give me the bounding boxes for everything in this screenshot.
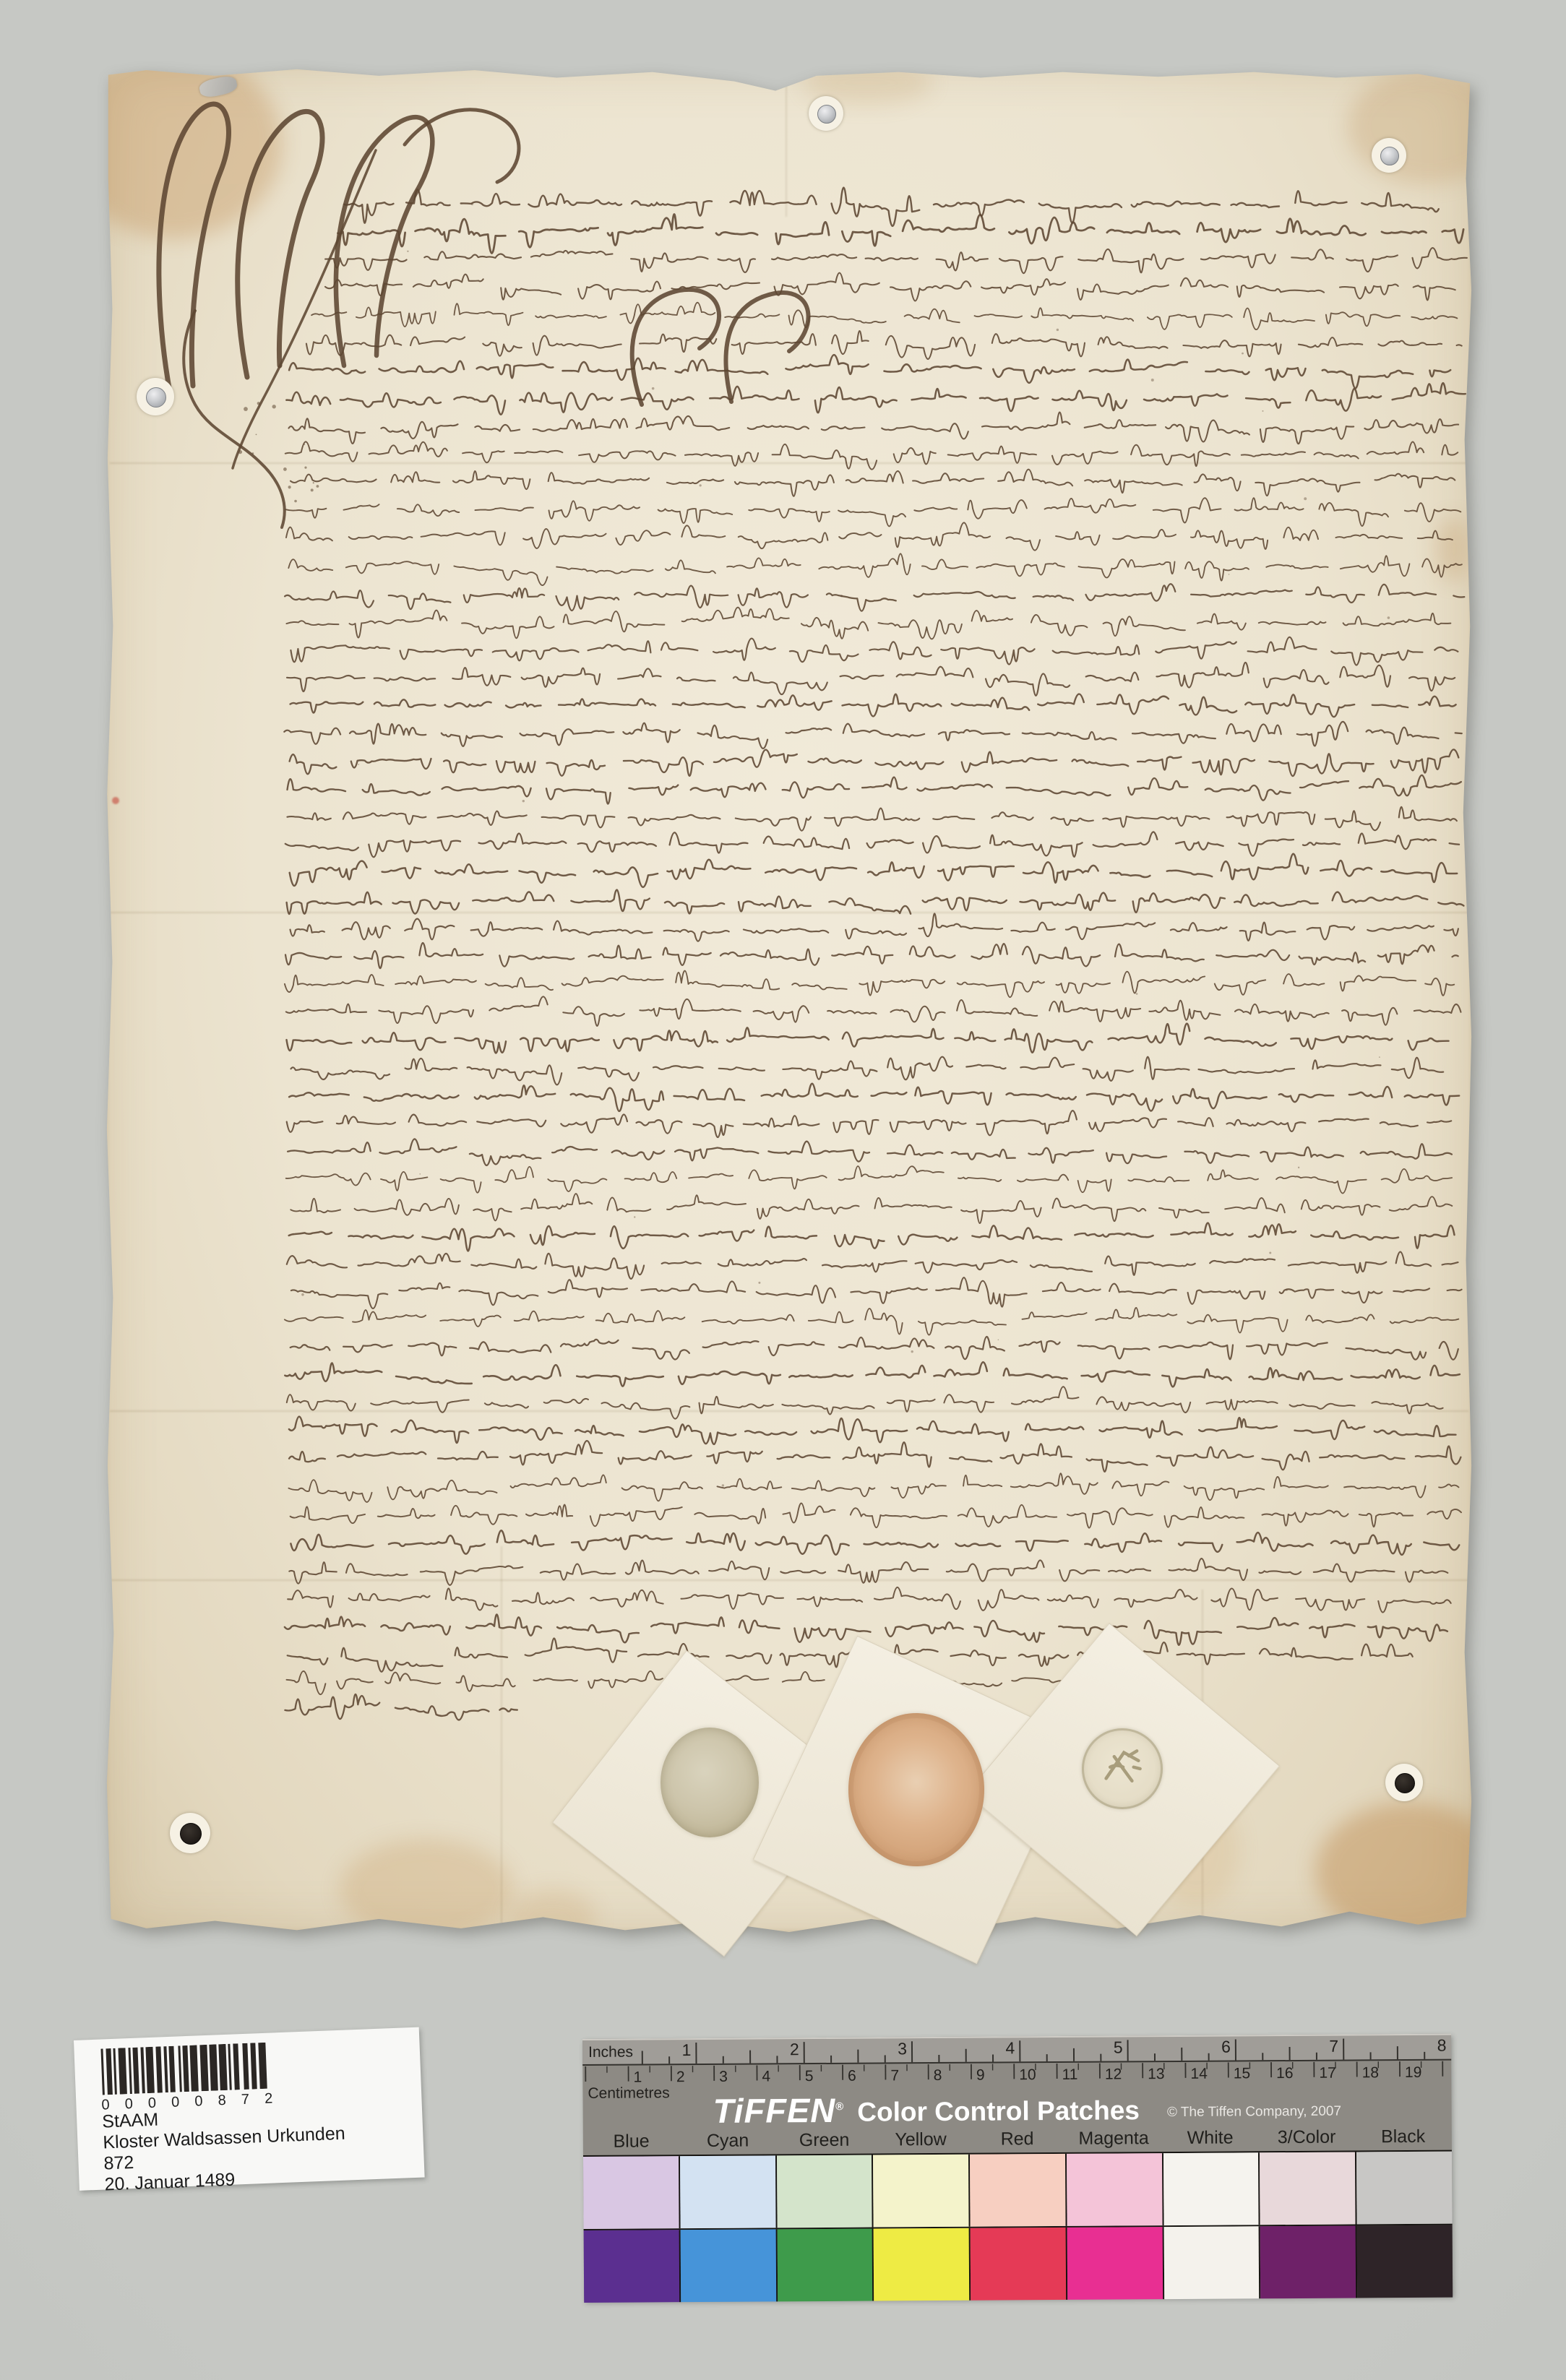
fold-crease-horizontal — [110, 1410, 1468, 1412]
wax-seal-tan — [848, 1713, 984, 1866]
cm-number: 4 — [762, 2068, 770, 2084]
cm-number: 3 — [719, 2069, 728, 2085]
barcode-bar — [242, 2043, 249, 2090]
barcode-bar — [140, 2047, 145, 2093]
color-patch-pastel-cyan — [680, 2155, 777, 2228]
grommet-metal — [146, 387, 166, 408]
inch-number: 5 — [1114, 2038, 1123, 2056]
cm-number: 12 — [1105, 2066, 1122, 2082]
tiffen-logo-row: TiFFEN® Color Control Patches © The Tiff… — [713, 2088, 1341, 2128]
parchment-charter — [106, 66, 1473, 1932]
tiffen-logo: TiFFEN® — [713, 2093, 844, 2128]
patch-name-label: Magenta — [1065, 2128, 1162, 2150]
grommet-metal — [1395, 1773, 1415, 1793]
cm-number: 2 — [676, 2069, 685, 2085]
label-document-number: 872 — [103, 2152, 134, 2175]
barcode-bar — [209, 2044, 218, 2090]
cm-number: 15 — [1234, 2065, 1250, 2082]
barcode-bar — [106, 2048, 112, 2095]
barcode-bar — [233, 2043, 239, 2090]
barcode-bar — [182, 2045, 189, 2092]
inches-label: Inches — [588, 2044, 633, 2061]
seal-monogram-icon — [1082, 1728, 1163, 1809]
color-patch-saturated-red — [971, 2228, 1067, 2301]
barcode-bar — [132, 2048, 139, 2094]
cm-number: 16 — [1276, 2065, 1293, 2082]
wax-seal-grey — [661, 1728, 759, 1837]
color-patch-saturated-cyan — [680, 2229, 777, 2302]
stain — [65, 51, 282, 238]
patch-name-label: White — [1162, 2127, 1259, 2149]
fold-crease-horizontal — [110, 462, 1468, 464]
color-control-strip: Inches1234567812345678910111213141516171… — [582, 2034, 1453, 2301]
barcode-digit: 0 — [194, 2093, 203, 2110]
label-document-date: 20. Januar 1489 — [104, 2170, 236, 2196]
inch-number: 4 — [1005, 2038, 1015, 2057]
barcode-bar — [100, 2048, 104, 2095]
grommet-metal — [1380, 147, 1399, 165]
cm-number: 7 — [890, 2067, 899, 2084]
color-patch-saturated-blue — [584, 2230, 681, 2303]
mounting-grommet — [809, 96, 843, 131]
cm-number: 19 — [1405, 2064, 1421, 2081]
color-patch-pastel-white — [1163, 2152, 1260, 2225]
barcode-digit: 0 — [171, 2094, 180, 2110]
color-patch-pastel-3-color — [1260, 2152, 1356, 2225]
patch-row-pastel — [583, 2150, 1453, 2229]
label-archive-name: StAAM — [102, 2110, 159, 2133]
barcode-bar — [113, 2048, 116, 2095]
barcode — [99, 2043, 272, 2095]
barcode-bar — [145, 2047, 154, 2093]
cm-number: 14 — [1190, 2066, 1208, 2082]
barcode-bar — [128, 2048, 132, 2094]
stain — [340, 1839, 513, 1940]
color-patch-pastel-red — [970, 2154, 1067, 2227]
color-patch-pastel-blue — [583, 2156, 680, 2229]
mounting-grommet — [170, 1813, 210, 1853]
color-patch-saturated-3-color — [1260, 2225, 1357, 2298]
barcode-digit: 8 — [218, 2092, 226, 2109]
stain — [112, 797, 119, 804]
patch-name-label: Red — [969, 2129, 1066, 2150]
fold-crease-vertical — [501, 1546, 502, 1928]
wax-seal-pale — [1082, 1728, 1163, 1809]
inch-number: 6 — [1221, 2038, 1231, 2056]
barcode-digit: 7 — [241, 2092, 249, 2108]
barcode-bar — [228, 2044, 231, 2090]
patch-grid — [583, 2150, 1453, 2301]
color-patch-saturated-white — [1163, 2226, 1260, 2299]
color-patch-saturated-yellow — [874, 2228, 971, 2301]
strip-title: Color Control Patches — [857, 2097, 1140, 2126]
cm-number: 11 — [1062, 2066, 1078, 2083]
archive-label: 00000872 StAAM Kloster Waldsassen Urkund… — [74, 2027, 425, 2191]
patch-name-label: Green — [776, 2130, 873, 2152]
cm-number: 8 — [934, 2067, 942, 2084]
mounting-grommet — [137, 378, 174, 415]
stain — [1315, 1803, 1503, 1940]
inch-number: 8 — [1437, 2036, 1447, 2055]
barcode-bar — [163, 2046, 168, 2092]
patch-names-row: BlueCyanGreenYellowRedMagentaWhite3/Colo… — [583, 2126, 1452, 2152]
grommet-metal — [180, 1823, 202, 1845]
barcode-bar — [218, 2044, 227, 2090]
patch-name-label: Yellow — [872, 2129, 969, 2151]
inch-number: 3 — [898, 2039, 907, 2058]
barcode-digit: 2 — [264, 2091, 273, 2108]
scan-canvas: 00000872 StAAM Kloster Waldsassen Urkund… — [0, 0, 1566, 2380]
barcode-bar — [168, 2046, 175, 2092]
fold-crease-horizontal — [110, 1579, 1468, 1581]
inch-number: 1 — [682, 2040, 692, 2059]
mounting-grommet — [1372, 138, 1406, 173]
color-patch-saturated-black — [1357, 2225, 1453, 2298]
fold-crease-horizontal — [110, 912, 1468, 913]
mounting-grommet — [1385, 1764, 1423, 1801]
stain — [509, 1889, 596, 1947]
color-patch-pastel-black — [1356, 2152, 1452, 2225]
barcode-bar — [118, 2048, 126, 2094]
color-patch-saturated-green — [777, 2229, 874, 2302]
registered-mark-icon: ® — [835, 2100, 844, 2113]
stain — [1436, 517, 1472, 582]
color-patch-pastel-green — [777, 2155, 874, 2228]
barcode-bar — [250, 2043, 257, 2089]
barcode-bar — [178, 2045, 181, 2092]
cm-number: 9 — [976, 2067, 985, 2084]
fold-crease-vertical — [786, 69, 787, 217]
grommet-metal — [817, 105, 836, 124]
cm-number: 18 — [1362, 2064, 1379, 2081]
patch-name-label: Blue — [583, 2131, 680, 2152]
cm-number: 17 — [1319, 2065, 1335, 2082]
cm-number: 13 — [1148, 2066, 1164, 2082]
parchment-sheet — [106, 66, 1473, 1932]
centimetres-label: Centimetres — [588, 2084, 669, 2103]
barcode-bar — [189, 2045, 198, 2091]
color-patch-pastel-yellow — [873, 2155, 970, 2228]
stain — [1348, 69, 1507, 184]
barcode-bar — [155, 2046, 162, 2092]
cm-number: 6 — [848, 2068, 856, 2084]
color-patch-pastel-magenta — [1067, 2153, 1163, 2226]
color-patch-saturated-magenta — [1067, 2227, 1164, 2300]
strip-copyright: © The Tiffen Company, 2007 — [1167, 2104, 1341, 2121]
ruler-ticks: Inches1234567812345678910111213141516171… — [582, 2034, 1451, 2095]
barcode-bar — [258, 2043, 267, 2089]
cm-number: 5 — [805, 2068, 814, 2084]
inch-number: 7 — [1329, 2037, 1338, 2056]
cm-number: 1 — [634, 2069, 642, 2085]
cm-number: 10 — [1019, 2066, 1036, 2083]
inch-number: 2 — [790, 2040, 799, 2058]
patch-name-label: 3/Color — [1258, 2126, 1355, 2148]
barcode-bar — [199, 2045, 208, 2091]
patch-row-saturated — [584, 2224, 1453, 2303]
patch-name-label: Black — [1355, 2126, 1452, 2148]
patch-name-label: Cyan — [679, 2130, 776, 2152]
